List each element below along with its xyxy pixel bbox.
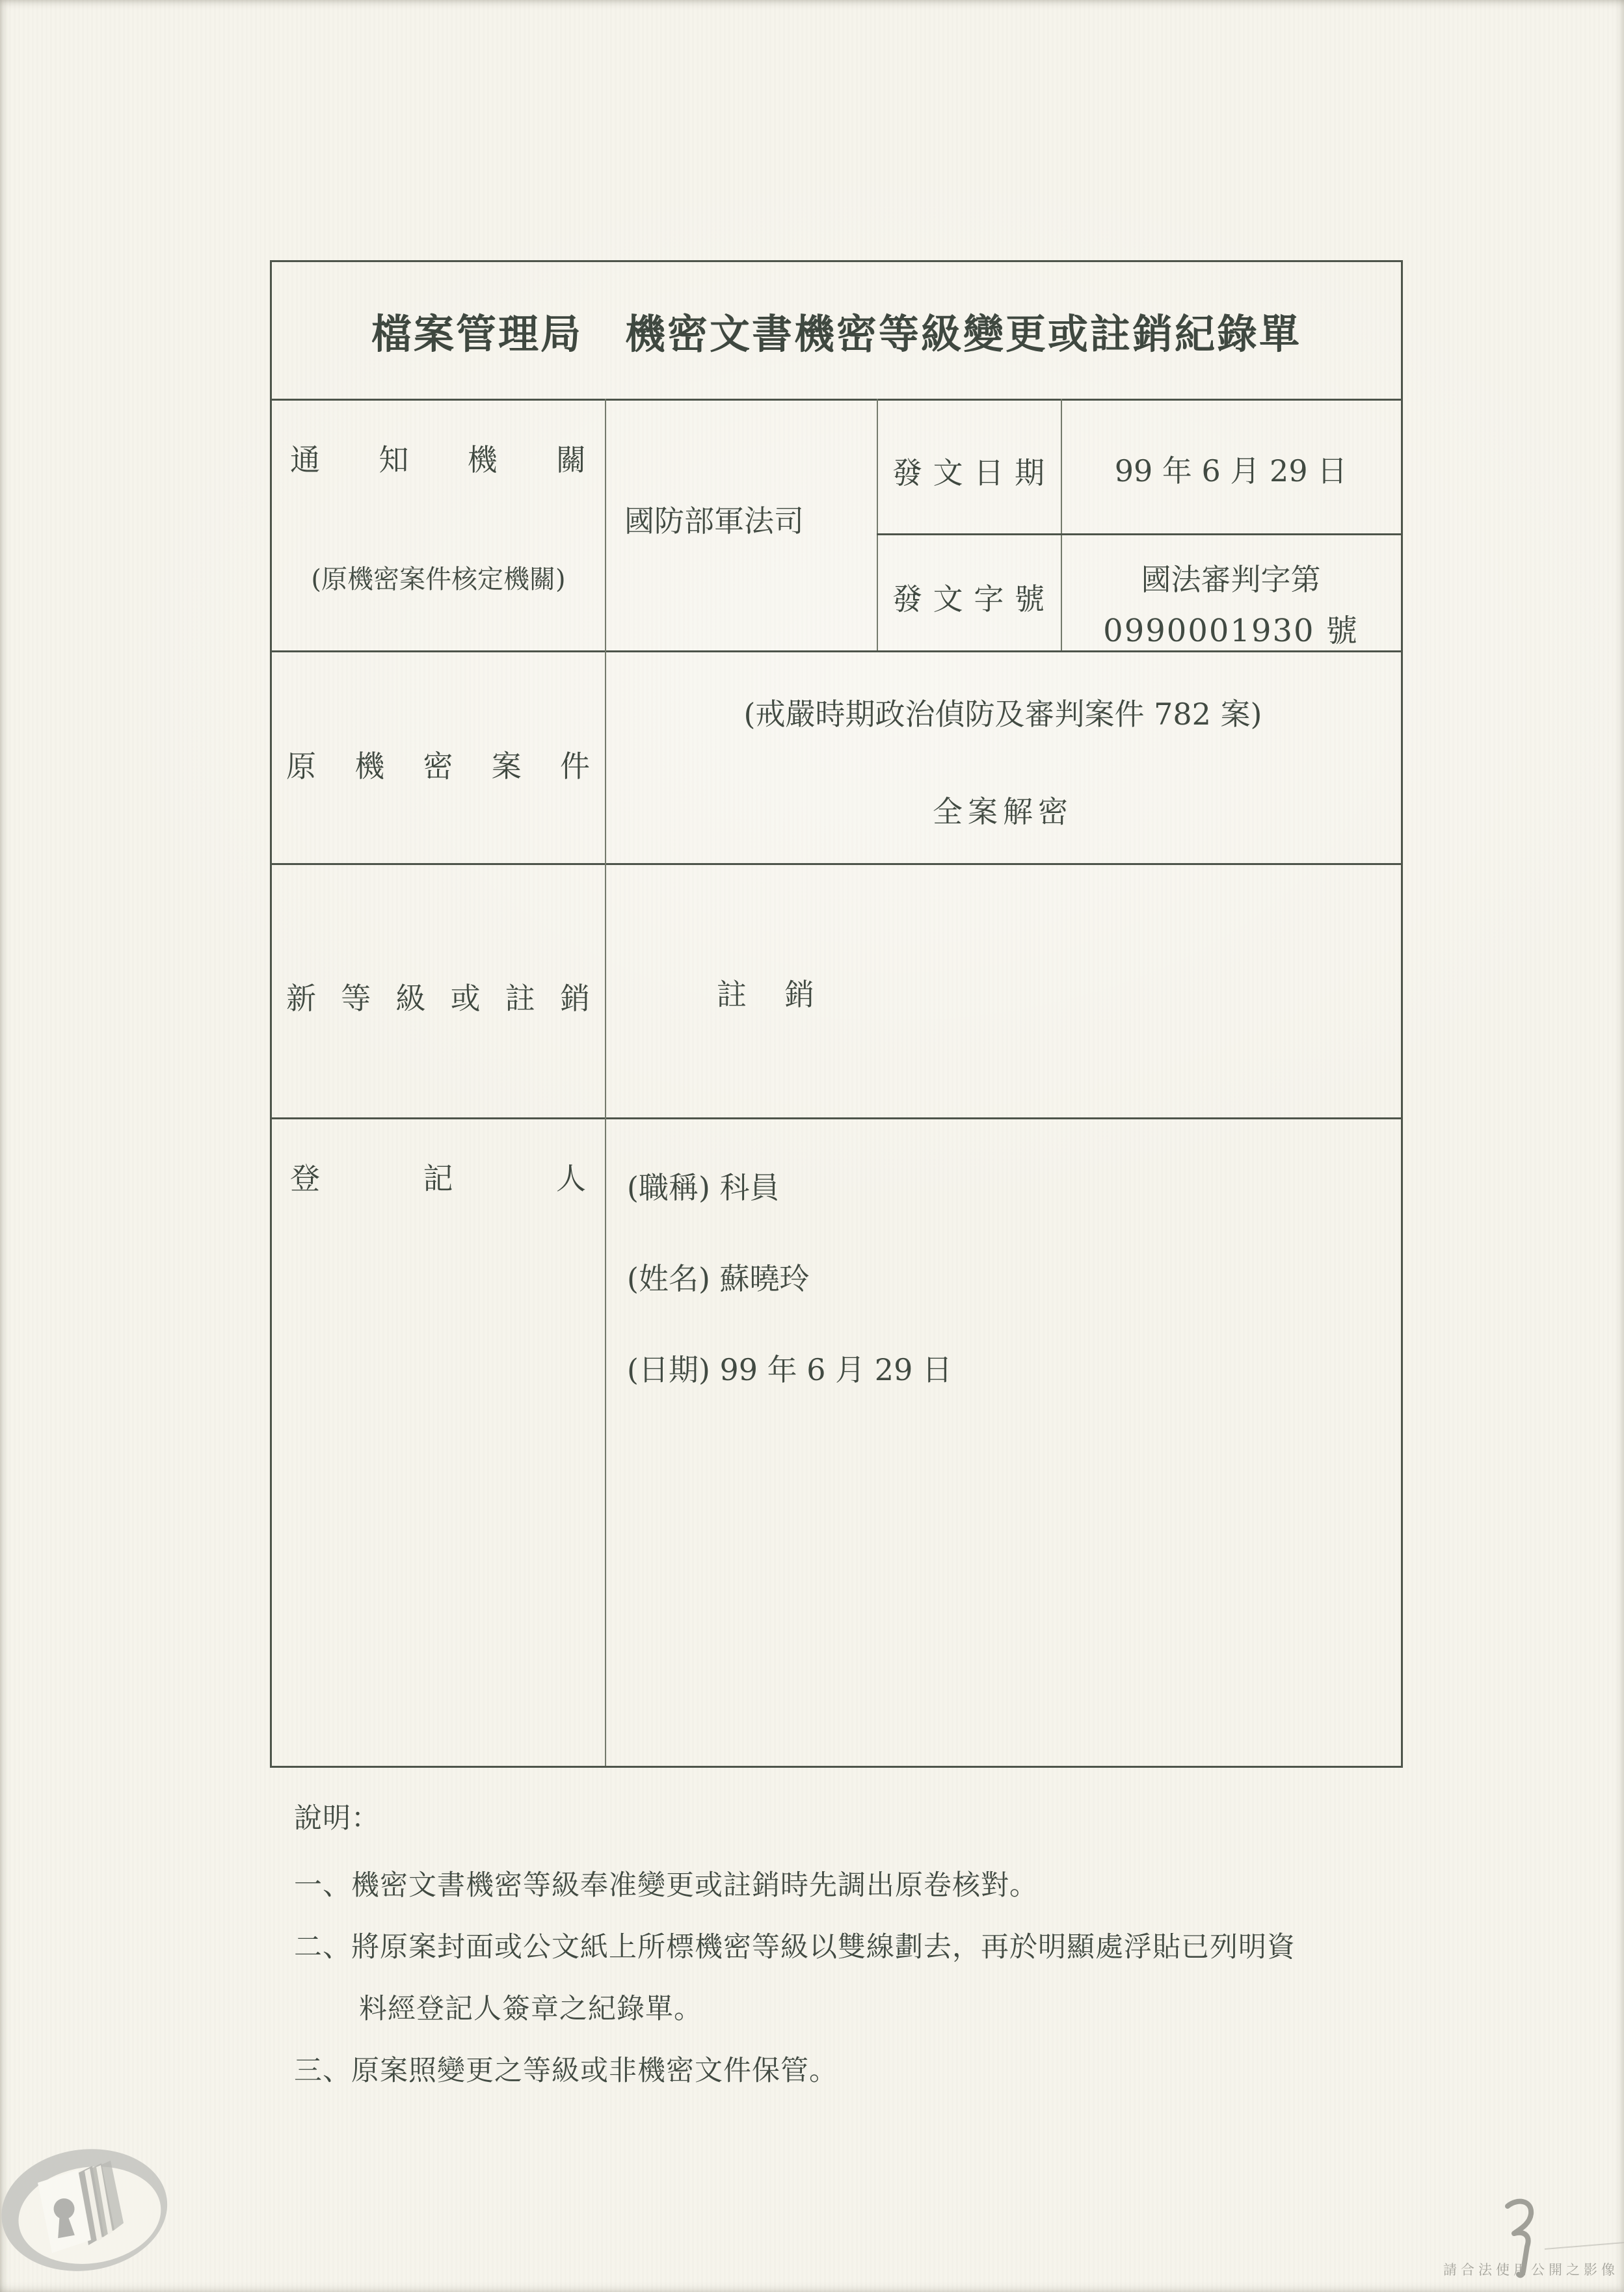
notify-agency-value-cell: 國防部軍法司 bbox=[605, 399, 877, 650]
note-item-2-line2: 料經登記人簽章之紀錄單。 bbox=[359, 1987, 702, 2027]
registrar-name-line: (姓名) 蘇曉玲 bbox=[627, 1255, 810, 1298]
registrar-value-cell: (職稱) 科員 (姓名) 蘇曉玲 (日期) 99 年 6 月 29 日 bbox=[605, 1117, 1401, 1766]
dispatch-number-line2: 0990001930 號 bbox=[1061, 606, 1401, 650]
dispatch-date-value: 99 年 6 月 29 日 bbox=[1061, 447, 1401, 490]
original-case-label-cell: 原機密案件 bbox=[272, 650, 605, 863]
registrar-title-line: (職稱) 科員 bbox=[627, 1164, 780, 1207]
registrar-date-line: (日期) 99 年 6 月 29 日 bbox=[627, 1346, 952, 1389]
archives-book-keyhole-watermark-icon bbox=[0, 2133, 195, 2292]
scanned-document-page: 檔案管理局 機密文書機密等級變更或註銷紀錄單 通知機關 (原機密案件核定機關) … bbox=[0, 0, 1624, 2292]
registrar-label: 登記人 bbox=[290, 1155, 587, 1198]
new-level-value-cell: 註 銷 bbox=[605, 863, 1401, 1117]
original-case-label: 原機密案件 bbox=[286, 743, 591, 786]
original-case-line1: (戒嚴時期政治偵防及審判案件 782 案) bbox=[605, 691, 1401, 734]
record-form-table: 檔案管理局 機密文書機密等級變更或註銷紀錄單 通知機關 (原機密案件核定機關) … bbox=[270, 260, 1403, 1768]
new-level-label-cell: 新等級或註銷 bbox=[272, 863, 605, 1117]
dispatch-number-line1: 國法審判字第 bbox=[1061, 556, 1401, 599]
dispatch-number-label-cell: 發文字號 bbox=[877, 535, 1061, 650]
dispatch-number-label: 發文字號 bbox=[892, 576, 1045, 619]
dispatch-date-cell: 99 年 6 月 29 日 bbox=[1061, 399, 1401, 533]
new-level-label: 新等級或註銷 bbox=[286, 975, 591, 1018]
notes-heading: 說明： bbox=[294, 1796, 380, 1836]
note-item-2-line1: 二、將原案封面或公文紙上所標機密等級以雙線劃去，再於明顯處浮貼已列明資 bbox=[294, 1925, 1296, 1965]
notify-agency-value: 國防部軍法司 bbox=[624, 498, 804, 540]
notify-agency-sublabel: (原機密案件核定機關) bbox=[276, 559, 601, 596]
original-case-value-cell: (戒嚴時期政治偵防及審判案件 782 案) 全案解密 bbox=[605, 650, 1401, 863]
dispatch-date-label: 發文日期 bbox=[892, 449, 1045, 492]
form-title-cell: 檔案管理局 機密文書機密等級變更或註銷紀錄單 bbox=[272, 262, 1401, 399]
registrar-label-cell: 登記人 bbox=[272, 1117, 605, 1766]
dispatch-number-value-cell: 國法審判字第 0990001930 號 bbox=[1061, 535, 1401, 650]
new-level-value: 註 銷 bbox=[717, 971, 818, 1014]
note-item-3: 三、原案照變更之等級或非機密文件保管。 bbox=[294, 2049, 838, 2088]
notify-agency-label-cell: 通知機關 (原機密案件核定機關) bbox=[272, 399, 605, 650]
usage-notice-text: 請合法使用公開之影像 bbox=[1443, 2259, 1619, 2279]
note-item-1: 一、機密文書機密等級奉准變更或註銷時先調出原卷核對。 bbox=[294, 1863, 1038, 1903]
form-title: 檔案管理局 機密文書機密等級變更或註銷紀錄單 bbox=[272, 302, 1401, 360]
dispatch-date-label-cell: 發文日期 bbox=[877, 399, 1061, 533]
notify-agency-label: 通知機關 bbox=[290, 436, 587, 479]
original-case-line2: 全案解密 bbox=[605, 788, 1401, 831]
